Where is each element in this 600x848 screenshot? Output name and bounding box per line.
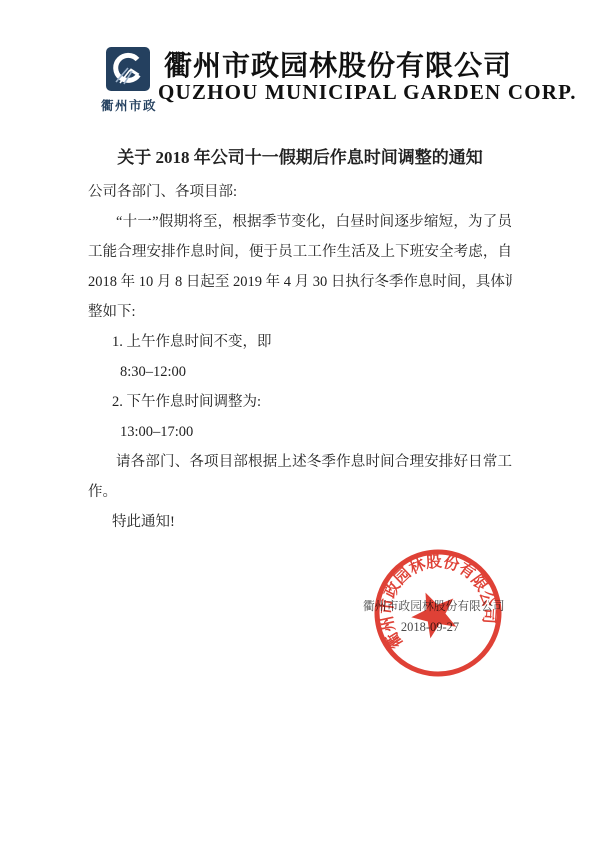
- body-line: 请各部门、各项目部根据上述冬季作息时间合理安排好日常工: [88, 447, 512, 477]
- body-line: 1. 上午作息时间不变，即: [88, 327, 512, 357]
- body-line: 公司各部门、各项目部:: [88, 177, 512, 207]
- seal-star-icon: [404, 583, 464, 642]
- body-line: 整如下:: [88, 297, 512, 327]
- body-line: 工能合理安排作息时间，便于员工工作生活及上下班安全考虑，自: [88, 237, 512, 267]
- body-line: 2018 年 10 月 8 日起至 2019 年 4 月 30 日执行冬季作息时…: [88, 267, 512, 297]
- body-line: 作。: [88, 477, 512, 507]
- notice-body: 公司各部门、各项目部:“十一”假期将至，根据季节变化，白昼时间逐步缩短，为了员工…: [88, 177, 512, 537]
- company-logo-icon: [106, 47, 150, 91]
- seal-ring-text: 衢州市政园林股份有限公司: [364, 539, 503, 653]
- body-line: 2. 下午作息时间调整为:: [88, 387, 512, 417]
- company-name-en: QUZHOU MUNICIPAL GARDEN CORP.: [158, 80, 518, 105]
- body-line: “十一”假期将至，根据季节变化，白昼时间逐步缩短，为了员: [88, 207, 512, 237]
- notice-title: 关于 2018 年公司十一假期后作息时间调整的通知: [0, 143, 600, 173]
- company-name-cn: 衢州市政园林股份有限公司: [160, 44, 516, 84]
- logo-caption: 衢州市政: [101, 96, 157, 114]
- document-page: 衢州市政 衢州市政园林股份有限公司 QUZHOU MUNICIPAL GARDE…: [0, 0, 600, 848]
- svg-text:衢州市政园林股份有限公司: 衢州市政园林股份有限公司: [364, 539, 503, 653]
- company-seal-stamp: 衢州市政园林股份有限公司: [362, 537, 514, 689]
- body-line: 特此通知!: [88, 507, 512, 537]
- body-line: 13:00–17:00: [88, 417, 512, 447]
- body-line: 8:30–12:00: [88, 357, 512, 387]
